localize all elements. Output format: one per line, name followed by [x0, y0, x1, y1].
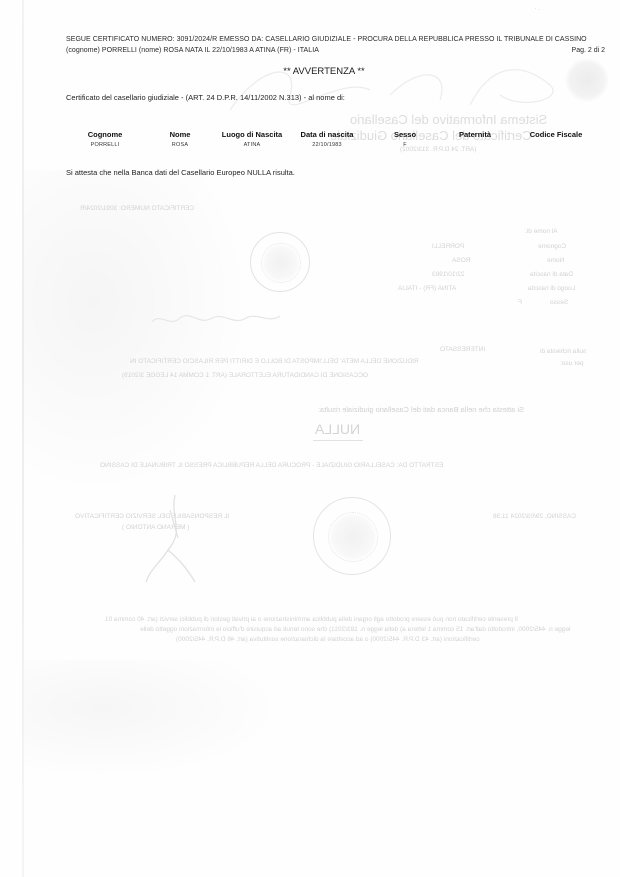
ghost-al-nome-di: Al nome di:: [525, 228, 558, 235]
scan-shadow: [24, 170, 254, 500]
intro-text: Certificato del casellario giudiziale - …: [66, 93, 345, 102]
ghost-uso-label2: per uso:: [560, 360, 584, 367]
handwriting-scribble-icon: [150, 310, 290, 330]
ghost-cert-number: CERTIFICATO NUMERO: 3091/2024/R: [80, 205, 194, 212]
column-header: Paternità: [452, 130, 498, 139]
ghost-field-label: Luogo di nascita: [528, 285, 575, 292]
ghost-uso-value: OCCASIONE DI CANDIDATURA ELETTORALE (ART…: [122, 372, 368, 379]
column-header: Sesso: [385, 130, 425, 139]
ghost-field-label: Cognome: [538, 243, 566, 250]
ghost-field-value: ATINA (FR) - ITALIA: [398, 285, 456, 292]
stamp-icon: [250, 232, 310, 292]
ghost-underline: [313, 440, 363, 441]
ghost-footnote: legge n. 445/2000, introdotto dall'art. …: [140, 626, 570, 633]
column-value: ATINA: [218, 142, 286, 148]
ghost-field-label: Data di nascita: [530, 271, 573, 278]
column-header: Data di nascita: [296, 130, 358, 139]
signature-icon: [140, 490, 200, 590]
ghost-field-value: ROSA: [452, 257, 470, 264]
ghost-estratto: ESTRATTO DA: CASELLARIO GIUDIZIALE - PRO…: [100, 462, 443, 469]
header-certificate-line: SEGUE CERTIFICATO NUMERO: 3091/2024/R EM…: [66, 36, 587, 43]
ghost-cert-title: Certificato del Casellario Giudiziale: [330, 128, 532, 143]
ghost-field-value: 22/10/1983: [432, 271, 465, 278]
attestation-text: Si attesta che nella Banca dati del Case…: [66, 168, 295, 177]
ghost-place-date: CASSINO, 29/03/2024 11:38: [493, 513, 576, 520]
column-value: PORRELLI: [80, 142, 130, 148]
ghost-field-value: PORRELLI: [432, 243, 464, 250]
column-codice-fiscale: Codice Fiscale: [520, 130, 592, 142]
ghost-nulla: NULLA: [315, 421, 360, 437]
column-luogo-nascita: Luogo di Nascita ATINA: [218, 130, 286, 148]
page-title: ** AVVERTENZA **: [0, 66, 620, 77]
ghost-field-label: Sesso: [550, 299, 568, 306]
column-nome: Nome ROSA: [160, 130, 200, 148]
ghost-field-label: Nome: [547, 257, 564, 264]
header-subject-line: (cognome) PORRELLI (nome) ROSA NATA IL 2…: [66, 47, 319, 54]
ghost-uso-value: RIDUZIONE DELLA META' DELL'IMPOSTA DI BO…: [130, 358, 419, 365]
ghost-footnote: Il presente certificato non può essere p…: [105, 616, 518, 623]
seal-stamp-icon: [313, 497, 391, 575]
column-cognome: Cognome PORRELLI: [80, 130, 130, 148]
ghost-field-value: F: [518, 299, 522, 306]
ghost-attest: Si attesta che nella Banca dati del Case…: [318, 405, 524, 414]
column-paternita: Paternità: [452, 130, 498, 142]
column-data-nascita: Data di nascita 22/10/1983: [296, 130, 358, 148]
document-page: · . Sistema Informativo del Casellario C…: [0, 0, 620, 877]
ghost-system-title: Sistema Informativo del Casellario: [350, 112, 547, 127]
column-sesso: Sesso F: [385, 130, 425, 148]
column-header: Luogo di Nascita: [218, 130, 286, 139]
ghost-uso-label: sulla richiesta di: [540, 348, 586, 355]
scan-speck: · .: [535, 6, 540, 12]
column-header: Nome: [160, 130, 200, 139]
column-header: Cognome: [80, 130, 130, 139]
page-number: Pag. 2 di 2: [572, 47, 605, 54]
ghost-footnote: certificazioni (art. 43 D.P.R. 445/2000)…: [176, 636, 480, 643]
column-value: F: [385, 142, 425, 148]
column-value: ROSA: [160, 142, 200, 148]
column-value: 22/10/1983: [296, 142, 358, 148]
scan-shadow: [24, 660, 284, 780]
column-header: Codice Fiscale: [520, 130, 592, 139]
ghost-uso-value: INTERESSATO: [440, 346, 485, 353]
